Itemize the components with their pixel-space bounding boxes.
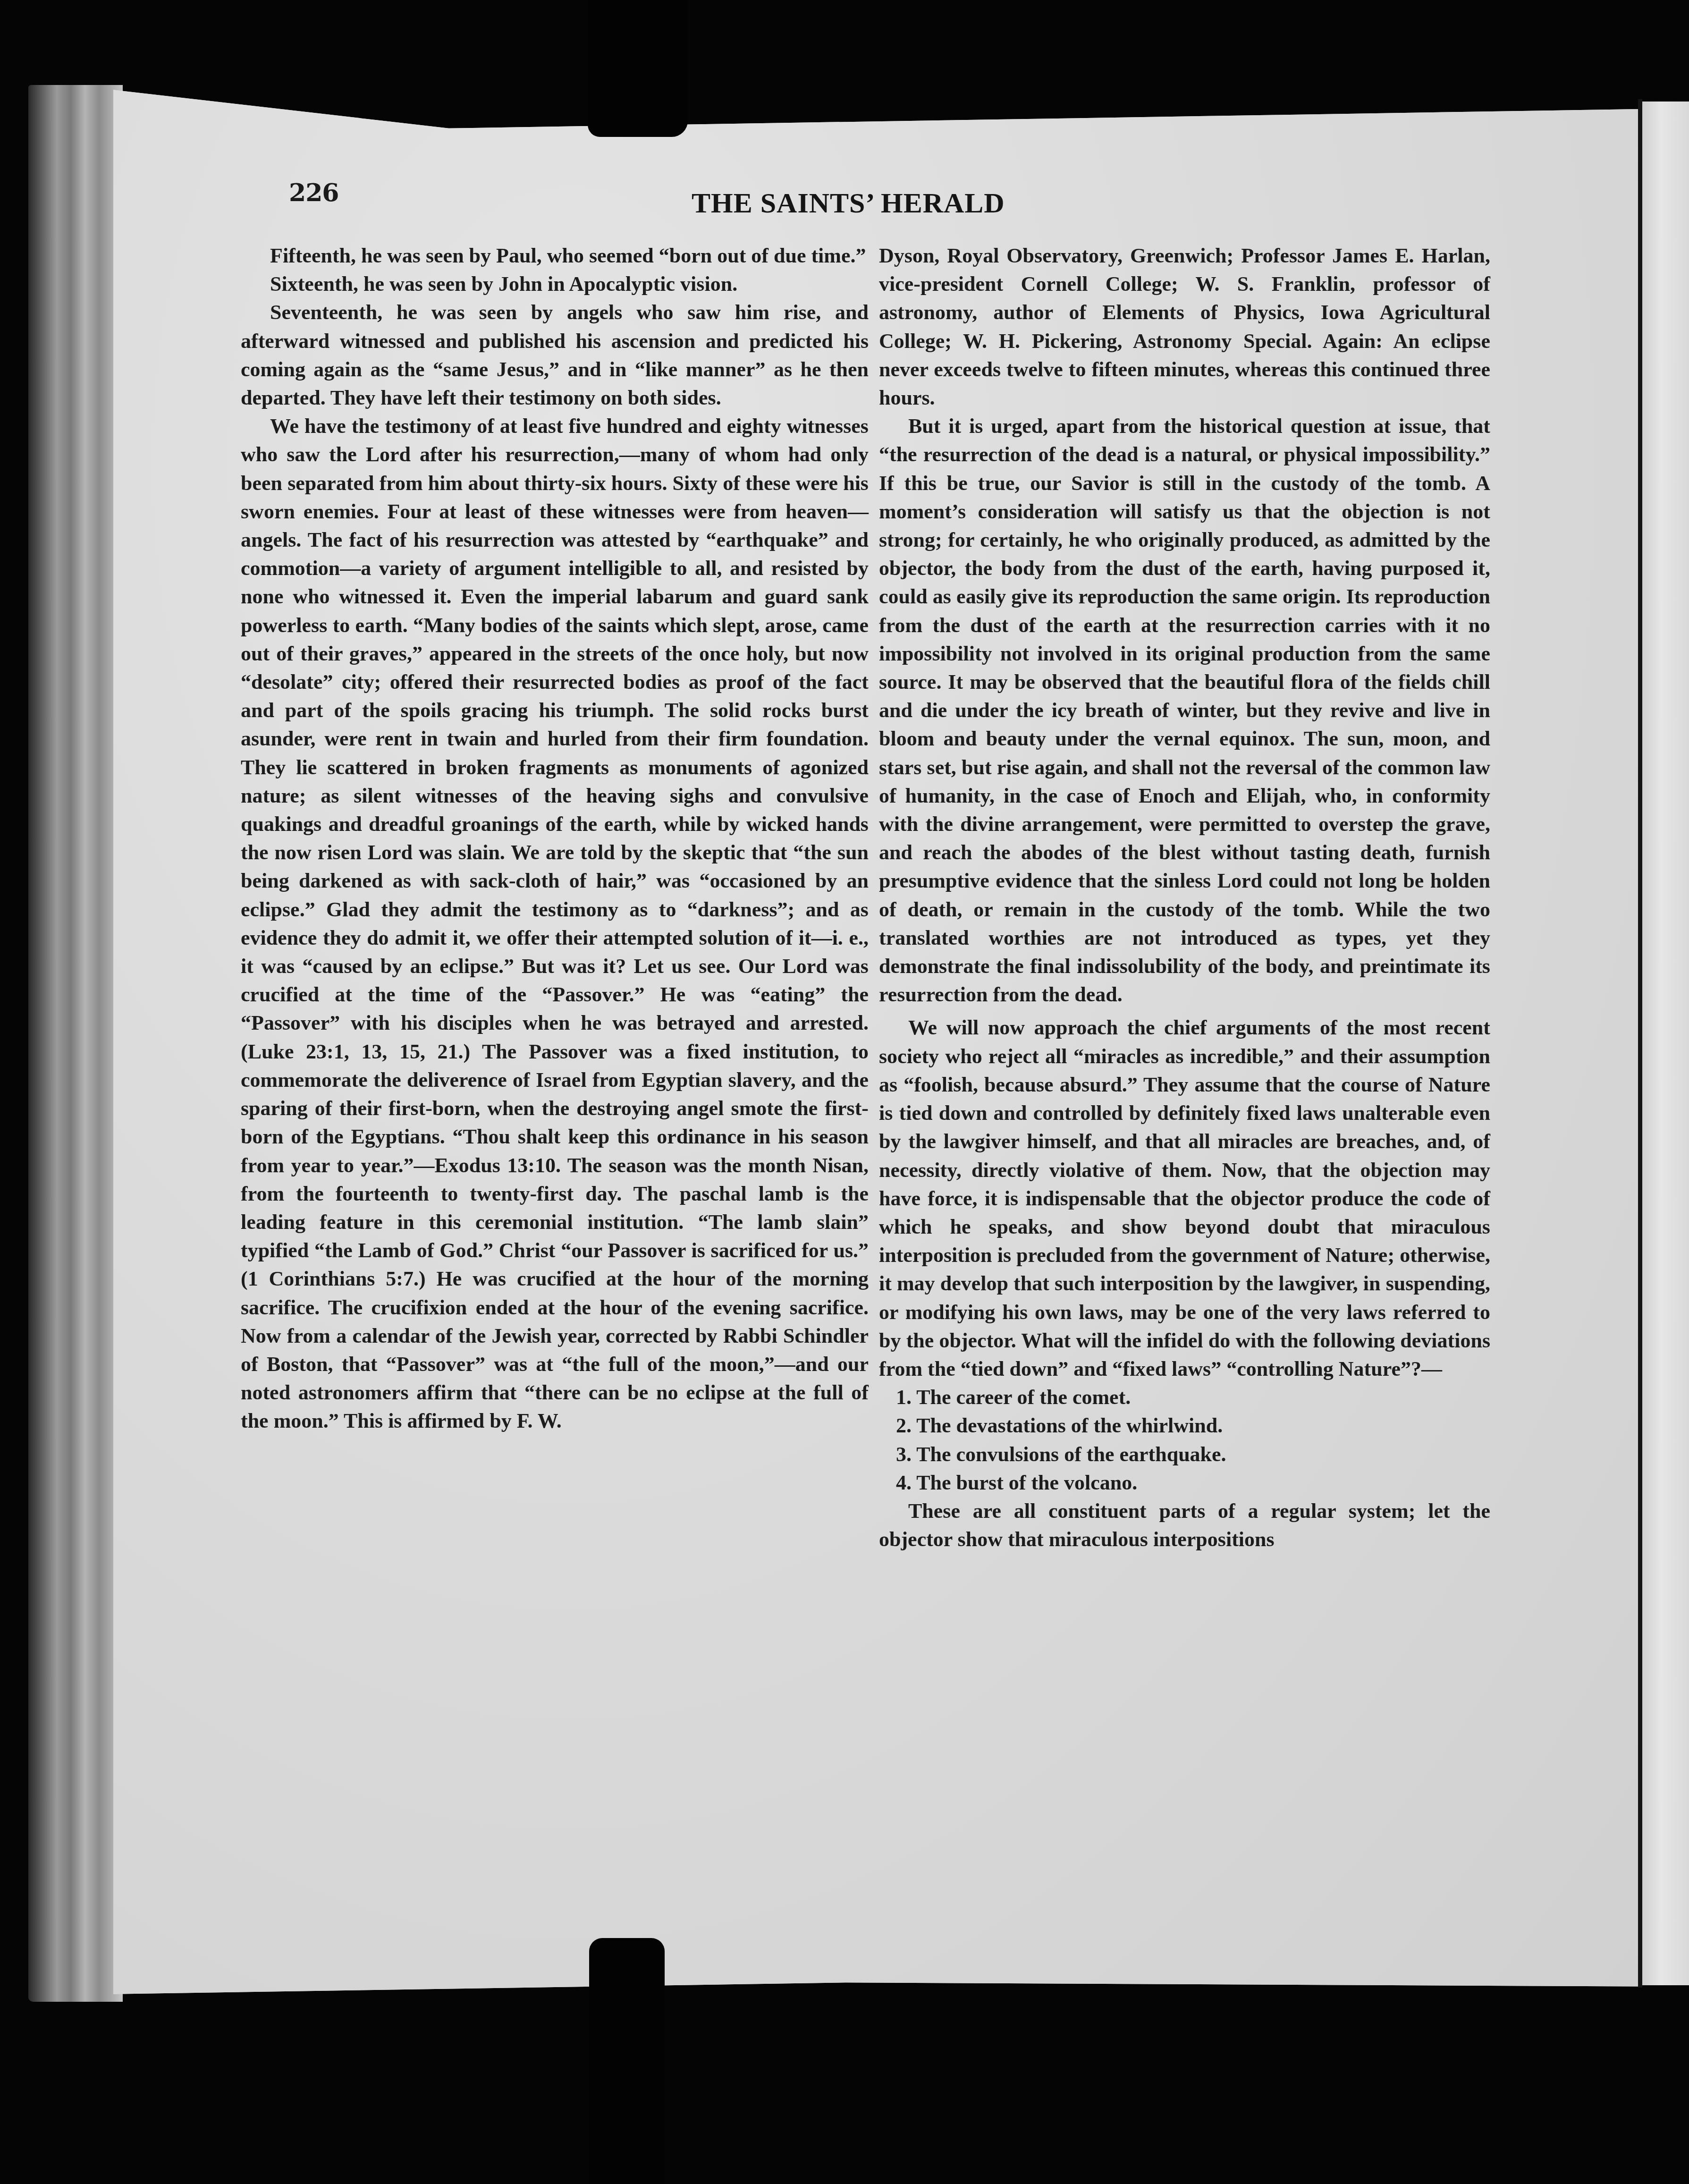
list-item: 2. The devastations of the whirlwind. [879,1412,1490,1440]
paragraph: Sixteenth, he was seen by John in Apocal… [241,270,869,298]
closing-paragraph: These are all constituent parts of a reg… [879,1497,1490,1554]
left-column: Fifteenth, he was seen by Paul, who seem… [241,242,869,1436]
scanner-clip-bottom [589,1938,665,2184]
facing-page-edge [1642,102,1689,1985]
page-gutter-line [1638,99,1642,1988]
paragraph: Fifteenth, he was seen by Paul, who seem… [241,242,869,270]
list-item: 4. The burst of the volcano. [879,1469,1490,1497]
paragraph: We have the testimony of at least five h… [241,412,869,1435]
scanner-clip-top [588,0,688,137]
continued-paragraph: Dyson, Royal Observatory, Greenwich; Pro… [879,242,1490,412]
page-number: 226 [289,178,339,207]
paragraph: We will now approach the chief arguments… [879,1014,1490,1383]
running-title: THE SAINTS’ HERALD [692,187,1005,220]
paragraph: Seventeenth, he was seen by angels who s… [241,298,869,412]
right-column: Dyson, Royal Observatory, Greenwich; Pro… [879,242,1490,1554]
list-item: 3. The convulsions of the earthquake. [879,1440,1490,1469]
book-page-edges [28,85,123,2002]
list-item: 1. The career of the comet. [879,1383,1490,1412]
paragraph: But it is urged, apart from the historic… [879,412,1490,1009]
